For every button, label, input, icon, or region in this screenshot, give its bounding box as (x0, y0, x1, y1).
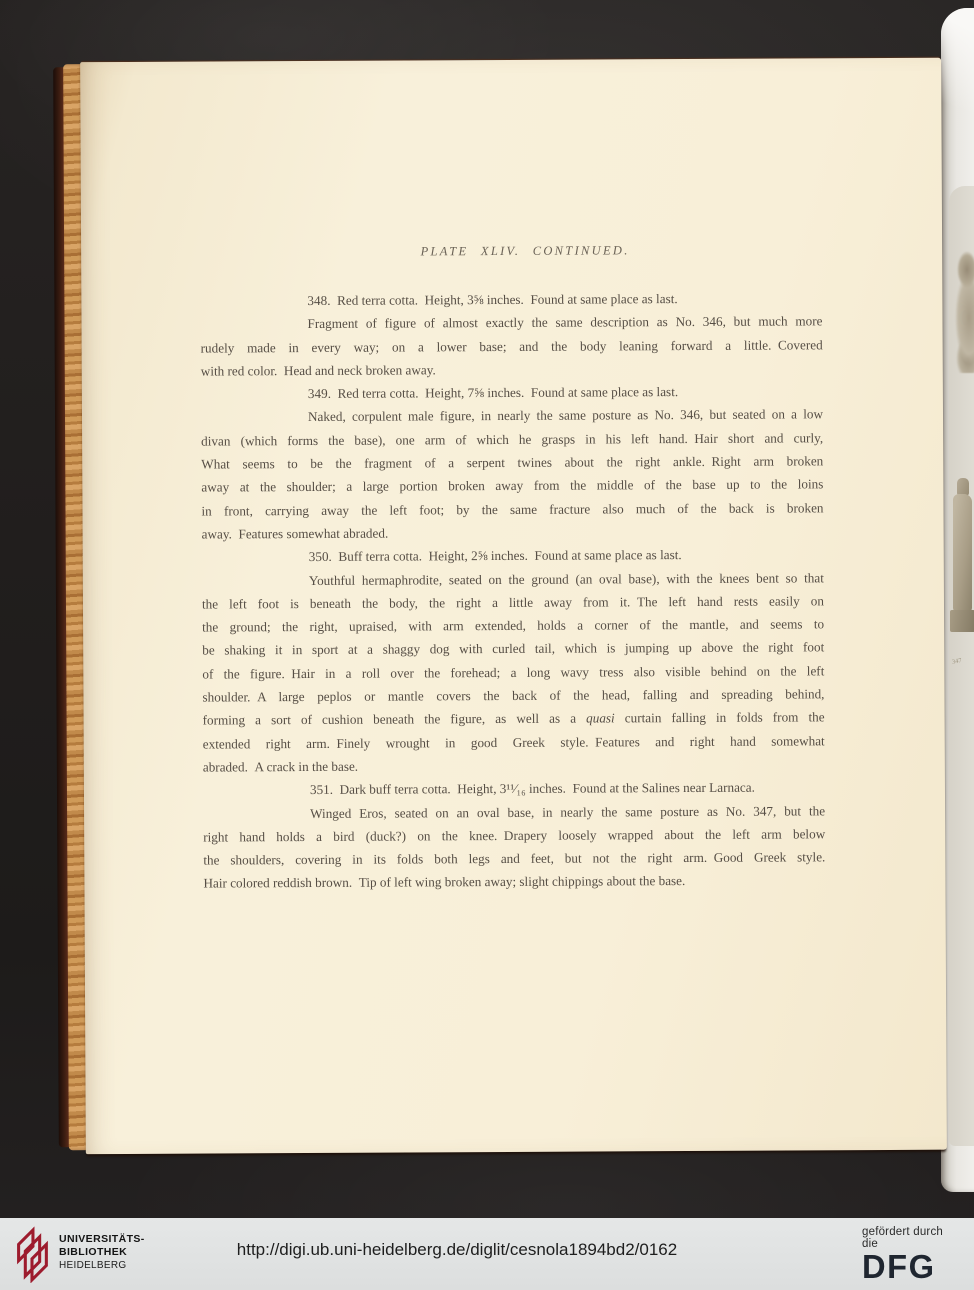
digitization-url: http://digi.ub.uni-heidelberg.de/diglit/… (0, 1240, 914, 1260)
plate-header: PLATE XLIV. CONTINUED. (214, 242, 836, 260)
text-line: in front, carrying away the left foot; b… (201, 496, 823, 523)
library-name-line3: HEIDELBERG (59, 1259, 145, 1272)
plate-figure-partial-1 (955, 250, 974, 373)
text-line: abraded. A crack in the base. (203, 752, 825, 779)
text-line: Fragment of figure of almost exactly the… (200, 310, 822, 337)
text-line: shoulder. A large peplos or mantle cover… (202, 682, 824, 709)
footer-bar: UNIVERSITÄTS- BIBLIOTHEK HEIDELBERG http… (0, 1218, 974, 1290)
text-line: What seems to be the fragment of a serpe… (201, 449, 823, 476)
dfg-tagline: gefördert durch die (862, 1226, 962, 1250)
text-line: Winged Eros, seated on an oval base, in … (203, 799, 825, 826)
figurine-body (953, 494, 972, 612)
text-line: the shoulders, covering in its folds bot… (203, 845, 825, 872)
text-line: be shaking it in sport at a shaggy dog w… (202, 636, 824, 663)
text-line: away at the shoulder; a large portion br… (201, 473, 823, 500)
plate-figure-partial-2 (948, 478, 974, 650)
dfg-logo: DFG (862, 1251, 964, 1283)
text-line: extended right arm. Finely wrought in go… (203, 729, 825, 756)
text-line: 351. Dark buff terra cotta. Height, 3¹¹⁄… (203, 776, 825, 803)
text-line: 348. Red terra cotta. Height, 3⅝ inches.… (200, 286, 822, 313)
text-line: forming a sort of cushion beneath the fi… (203, 706, 825, 733)
book-page: PLATE XLIV. CONTINUED. 348. Red terra co… (80, 58, 947, 1154)
text-line: Naked, corpulent male figure, in nearly … (201, 403, 823, 430)
book: PLATE XLIV. CONTINUED. 348. Red terra co… (53, 58, 947, 1155)
text-line: of the figure. Hair in a roll over the f… (202, 659, 824, 686)
text-line: away. Features somewhat abraded. (202, 519, 824, 546)
text-line: 349. Red terra cotta. Height, 7⅝ inches.… (201, 379, 823, 406)
dfg-credit: gefördert durch die DFG (862, 1226, 962, 1282)
text-block: 348. Red terra cotta. Height, 3⅝ inches.… (200, 286, 825, 895)
text-line: 350. Buff terra cotta. Height, 2⅝ inches… (202, 543, 824, 570)
screenshot-root: 347 PLATE XLIV. CONTINUED. 348. Red terr… (0, 0, 974, 1290)
text-line: right hand holds a bird (duck?) on the k… (203, 822, 825, 849)
text-line: the left foot is beneath the body, the r… (202, 589, 824, 616)
text-line: with red color. Head and neck broken awa… (201, 356, 823, 383)
text-line: Youthful hermaphrodite, seated on the gr… (202, 566, 824, 593)
text-line: divan (which forms the base), one arm of… (201, 426, 823, 453)
text-line: rudely made in every way; on a lower bas… (201, 333, 823, 360)
text-line: the ground; the right, upraised, with ar… (202, 612, 824, 639)
figurine-base (950, 610, 974, 632)
text-line: Hair colored reddish brown. Tip of left … (203, 869, 825, 896)
